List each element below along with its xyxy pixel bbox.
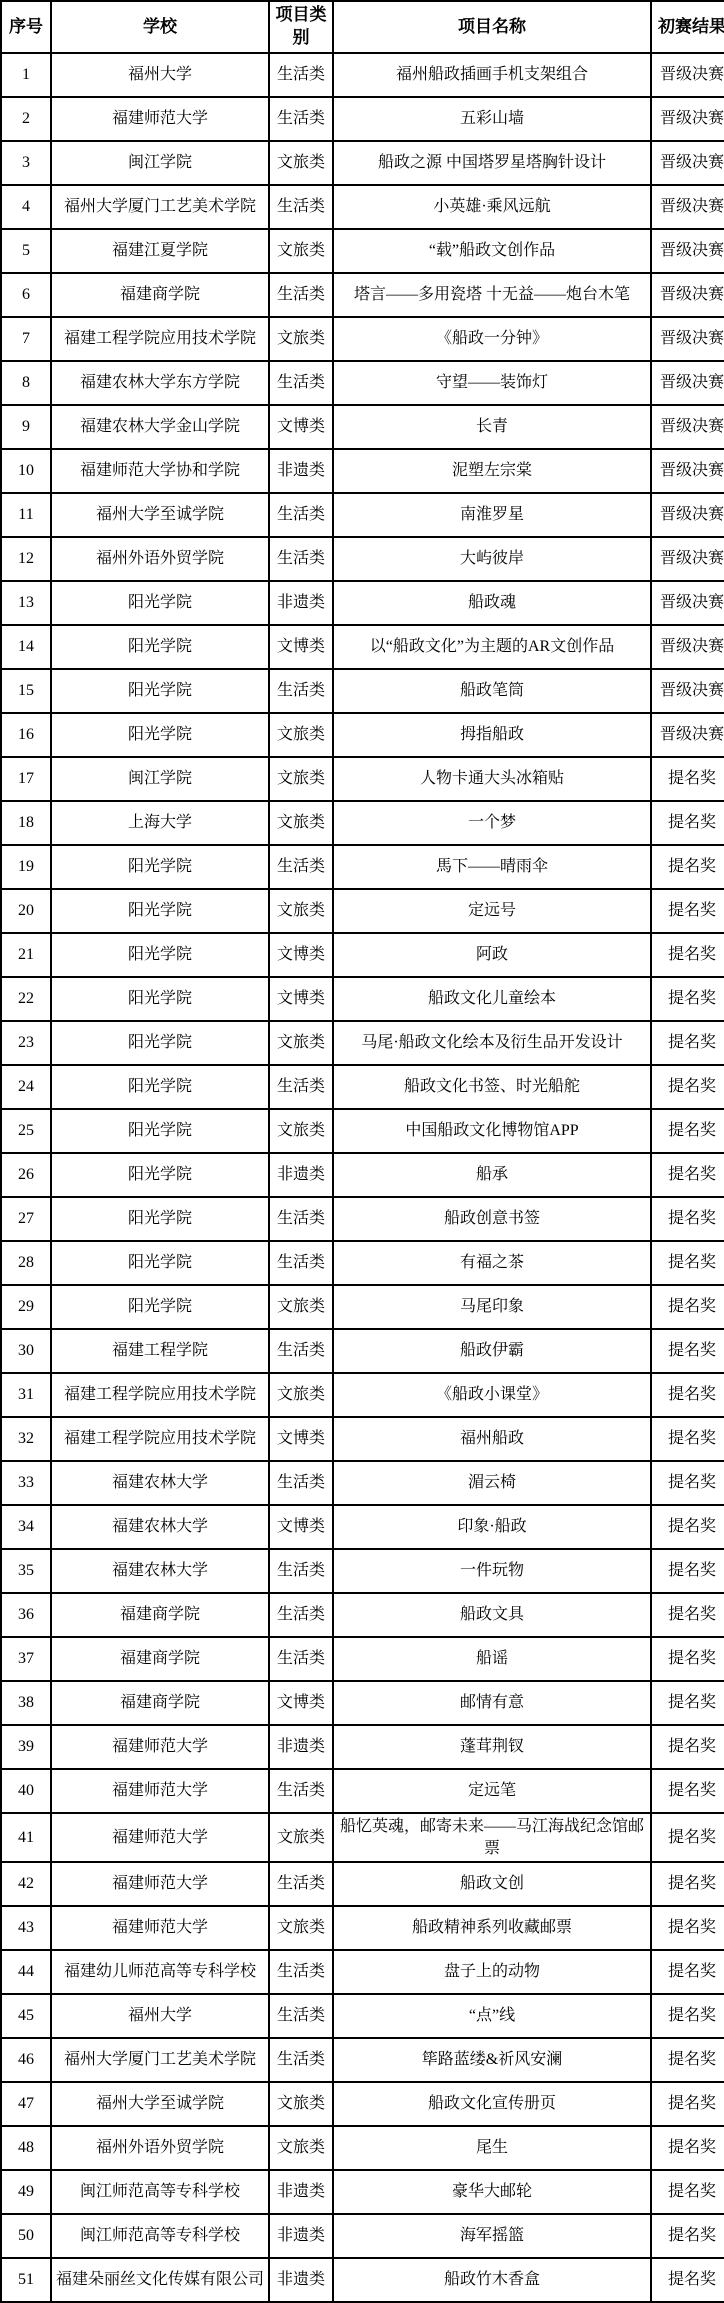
cell-result: 晋级决赛 — [651, 405, 724, 449]
cell-school: 福州大学至诚学院 — [51, 493, 269, 537]
cell-category: 生活类 — [269, 669, 333, 713]
table-row: 24阳光学院生活类船政文化书签、时光船舵提名奖 — [1, 1065, 724, 1109]
cell-result: 晋级决赛 — [651, 317, 724, 361]
cell-school: 福建师范大学 — [51, 1725, 269, 1769]
cell-result: 提名奖 — [651, 1417, 724, 1461]
cell-no: 50 — [1, 2214, 51, 2258]
cell-category: 文旅类 — [269, 713, 333, 757]
table-row: 3闽江学院文旅类船政之源 中国塔罗星塔胸针设计晋级决赛 — [1, 141, 724, 185]
cell-category: 文旅类 — [269, 1109, 333, 1153]
cell-project: 南淮罗星 — [333, 493, 651, 537]
cell-project: “载”船政文创作品 — [333, 229, 651, 273]
cell-project: 邮情有意 — [333, 1681, 651, 1725]
table-row: 22阳光学院文博类船政文化儿童绘本提名奖 — [1, 977, 724, 1021]
cell-category: 文博类 — [269, 625, 333, 669]
cell-no: 30 — [1, 1329, 51, 1373]
cell-project: 豪华大邮轮 — [333, 2170, 651, 2214]
cell-result: 晋级决赛 — [651, 713, 724, 757]
cell-result: 提名奖 — [651, 2038, 724, 2082]
cell-result: 提名奖 — [651, 2082, 724, 2126]
cell-no: 40 — [1, 1769, 51, 1813]
cell-result: 晋级决赛 — [651, 625, 724, 669]
cell-school: 阳光学院 — [51, 625, 269, 669]
cell-school: 福建幼儿师范高等专科学校 — [51, 1950, 269, 1994]
cell-category: 文旅类 — [269, 1813, 333, 1862]
cell-no: 8 — [1, 361, 51, 405]
cell-category: 文旅类 — [269, 317, 333, 361]
results-document: 序号 学校 项目类别 项目名称 初赛结果 1福州大学生活类福州船政插画手机支架组… — [0, 0, 724, 2303]
cell-project: 筚路蓝缕&祈风安澜 — [333, 2038, 651, 2082]
cell-category: 文旅类 — [269, 1906, 333, 1950]
column-header-project: 项目名称 — [333, 1, 651, 53]
cell-school: 阳光学院 — [51, 713, 269, 757]
table-row: 20阳光学院文旅类定远号提名奖 — [1, 889, 724, 933]
cell-project: 船政创意书签 — [333, 1197, 651, 1241]
table-row: 37福建商学院生活类船谣提名奖 — [1, 1637, 724, 1681]
cell-category: 文博类 — [269, 1505, 333, 1549]
cell-project: 福州船政 — [333, 1417, 651, 1461]
cell-category: 生活类 — [269, 273, 333, 317]
cell-result: 提名奖 — [651, 2170, 724, 2214]
cell-result: 提名奖 — [651, 1153, 724, 1197]
cell-result: 晋级决赛 — [651, 537, 724, 581]
cell-category: 文旅类 — [269, 1021, 333, 1065]
cell-school: 福建商学院 — [51, 1681, 269, 1725]
cell-no: 51 — [1, 2258, 51, 2302]
cell-school: 福建商学院 — [51, 1637, 269, 1681]
cell-project: 以“船政文化”为主题的AR文创作品 — [333, 625, 651, 669]
cell-no: 26 — [1, 1153, 51, 1197]
cell-result: 提名奖 — [651, 1725, 724, 1769]
cell-school: 福建工程学院应用技术学院 — [51, 1417, 269, 1461]
cell-category: 文旅类 — [269, 801, 333, 845]
cell-project: 船政魂 — [333, 581, 651, 625]
cell-school: 闽江师范高等专科学校 — [51, 2214, 269, 2258]
cell-category: 文旅类 — [269, 141, 333, 185]
cell-result: 提名奖 — [651, 1021, 724, 1065]
cell-result: 提名奖 — [651, 1549, 724, 1593]
cell-school: 阳光学院 — [51, 581, 269, 625]
cell-school: 福建江夏学院 — [51, 229, 269, 273]
cell-category: 生活类 — [269, 1065, 333, 1109]
cell-school: 福州大学 — [51, 1994, 269, 2038]
cell-result: 晋级决赛 — [651, 493, 724, 537]
cell-category: 非遗类 — [269, 2214, 333, 2258]
cell-category: 文旅类 — [269, 2082, 333, 2126]
table-row: 19阳光学院生活类馬下——晴雨伞提名奖 — [1, 845, 724, 889]
cell-project: 船谣 — [333, 1637, 651, 1681]
cell-result: 提名奖 — [651, 1813, 724, 1862]
cell-school: 阳光学院 — [51, 1153, 269, 1197]
cell-no: 4 — [1, 185, 51, 229]
cell-category: 生活类 — [269, 1769, 333, 1813]
table-row: 29阳光学院文旅类马尾印象提名奖 — [1, 1285, 724, 1329]
table-row: 39福建师范大学非遗类蓬茸荆钗提名奖 — [1, 1725, 724, 1769]
cell-project: 马尾印象 — [333, 1285, 651, 1329]
table-row: 11福州大学至诚学院生活类南淮罗星晋级决赛 — [1, 493, 724, 537]
cell-result: 提名奖 — [651, 1109, 724, 1153]
column-header-no: 序号 — [1, 1, 51, 53]
cell-category: 生活类 — [269, 1461, 333, 1505]
cell-no: 46 — [1, 2038, 51, 2082]
cell-project: 蓬茸荆钗 — [333, 1725, 651, 1769]
table-row: 12福州外语外贸学院生活类大屿彼岸晋级决赛 — [1, 537, 724, 581]
cell-no: 31 — [1, 1373, 51, 1417]
cell-result: 提名奖 — [651, 977, 724, 1021]
cell-no: 10 — [1, 449, 51, 493]
cell-school: 福州外语外贸学院 — [51, 2126, 269, 2170]
cell-school: 阳光学院 — [51, 1065, 269, 1109]
cell-no: 34 — [1, 1505, 51, 1549]
cell-category: 生活类 — [269, 97, 333, 141]
cell-school: 阳光学院 — [51, 1109, 269, 1153]
table-row: 36福建商学院生活类船政文具提名奖 — [1, 1593, 724, 1637]
cell-project: 大屿彼岸 — [333, 537, 651, 581]
table-row: 48福州外语外贸学院文旅类尾生提名奖 — [1, 2126, 724, 2170]
cell-no: 35 — [1, 1549, 51, 1593]
cell-no: 45 — [1, 1994, 51, 2038]
cell-result: 提名奖 — [651, 801, 724, 845]
table-row: 30福建工程学院生活类船政伊霸提名奖 — [1, 1329, 724, 1373]
cell-result: 提名奖 — [651, 1461, 724, 1505]
cell-school: 福建师范大学 — [51, 1906, 269, 1950]
table-row: 33福建农林大学生活类湄云椅提名奖 — [1, 1461, 724, 1505]
cell-no: 19 — [1, 845, 51, 889]
cell-result: 提名奖 — [651, 1065, 724, 1109]
table-row: 51福建朵丽丝文化传媒有限公司非遗类船政竹木香盒提名奖 — [1, 2258, 724, 2302]
table-row: 42福建师范大学生活类船政文创提名奖 — [1, 1862, 724, 1906]
cell-school: 福州外语外贸学院 — [51, 537, 269, 581]
cell-no: 9 — [1, 405, 51, 449]
table-row: 1福州大学生活类福州船政插画手机支架组合晋级决赛 — [1, 53, 724, 97]
cell-project: 船政文具 — [333, 1593, 651, 1637]
cell-no: 24 — [1, 1065, 51, 1109]
cell-no: 37 — [1, 1637, 51, 1681]
table-row: 50闽江师范高等专科学校非遗类海军摇篮提名奖 — [1, 2214, 724, 2258]
cell-project: 长青 — [333, 405, 651, 449]
cell-project: 中国船政文化博物馆APP — [333, 1109, 651, 1153]
cell-result: 提名奖 — [651, 1197, 724, 1241]
table-row: 14阳光学院文博类以“船政文化”为主题的AR文创作品晋级决赛 — [1, 625, 724, 669]
cell-category: 生活类 — [269, 1994, 333, 2038]
cell-category: 生活类 — [269, 1549, 333, 1593]
table-row: 9福建农林大学金山学院文博类长青晋级决赛 — [1, 405, 724, 449]
cell-no: 12 — [1, 537, 51, 581]
cell-project: 一件玩物 — [333, 1549, 651, 1593]
cell-project: 船承 — [333, 1153, 651, 1197]
table-row: 35福建农林大学生活类一件玩物提名奖 — [1, 1549, 724, 1593]
table-row: 4福州大学厦门工艺美术学院生活类小英雄·乘风远航晋级决赛 — [1, 185, 724, 229]
cell-no: 33 — [1, 1461, 51, 1505]
table-row: 15阳光学院生活类船政笔筒晋级决赛 — [1, 669, 724, 713]
cell-project: 五彩山墙 — [333, 97, 651, 141]
cell-project: 船政文化宣传册页 — [333, 2082, 651, 2126]
cell-project: 船政精神系列收藏邮票 — [333, 1906, 651, 1950]
cell-project: “点”线 — [333, 1994, 651, 2038]
cell-no: 29 — [1, 1285, 51, 1329]
cell-project: 船政之源 中国塔罗星塔胸针设计 — [333, 141, 651, 185]
cell-result: 提名奖 — [651, 1769, 724, 1813]
cell-result: 晋级决赛 — [651, 581, 724, 625]
cell-school: 福建商学院 — [51, 273, 269, 317]
cell-result: 晋级决赛 — [651, 53, 724, 97]
table-row: 49闽江师范高等专科学校非遗类豪华大邮轮提名奖 — [1, 2170, 724, 2214]
cell-school: 福州大学至诚学院 — [51, 2082, 269, 2126]
table-row: 21阳光学院文博类阿政提名奖 — [1, 933, 724, 977]
cell-result: 提名奖 — [651, 1950, 724, 1994]
cell-project: 湄云椅 — [333, 1461, 651, 1505]
preliminary-results-table: 序号 学校 项目类别 项目名称 初赛结果 1福州大学生活类福州船政插画手机支架组… — [0, 0, 724, 2303]
table-row: 47福州大学至诚学院文旅类船政文化宣传册页提名奖 — [1, 2082, 724, 2126]
cell-no: 20 — [1, 889, 51, 933]
table-row: 45福州大学生活类“点”线提名奖 — [1, 1994, 724, 2038]
cell-result: 晋级决赛 — [651, 669, 724, 713]
table-row: 23阳光学院文旅类马尾·船政文化绘本及衍生品开发设计提名奖 — [1, 1021, 724, 1065]
cell-category: 生活类 — [269, 537, 333, 581]
cell-category: 生活类 — [269, 1950, 333, 1994]
cell-school: 闽江师范高等专科学校 — [51, 2170, 269, 2214]
cell-school: 福建工程学院应用技术学院 — [51, 1373, 269, 1417]
cell-result: 提名奖 — [651, 757, 724, 801]
cell-project: 拇指船政 — [333, 713, 651, 757]
cell-school: 阳光学院 — [51, 1241, 269, 1285]
cell-result: 晋级决赛 — [651, 97, 724, 141]
cell-project: 船政竹木香盒 — [333, 2258, 651, 2302]
cell-school: 阳光学院 — [51, 889, 269, 933]
cell-school: 福建工程学院 — [51, 1329, 269, 1373]
table-row: 34福建农林大学文博类印象·船政提名奖 — [1, 1505, 724, 1549]
cell-result: 晋级决赛 — [651, 141, 724, 185]
cell-school: 阳光学院 — [51, 933, 269, 977]
cell-school: 福建师范大学 — [51, 1862, 269, 1906]
cell-result: 提名奖 — [651, 1373, 724, 1417]
cell-project: 马尾·船政文化绘本及衍生品开发设计 — [333, 1021, 651, 1065]
cell-no: 47 — [1, 2082, 51, 2126]
cell-result: 提名奖 — [651, 2258, 724, 2302]
cell-school: 阳光学院 — [51, 1021, 269, 1065]
cell-result: 提名奖 — [651, 2214, 724, 2258]
table-row: 2福建师范大学生活类五彩山墙晋级决赛 — [1, 97, 724, 141]
cell-project: 船忆英魂，邮寄未来——马江海战纪念馆邮票 — [333, 1813, 651, 1862]
cell-project: 阿政 — [333, 933, 651, 977]
cell-category: 文旅类 — [269, 757, 333, 801]
cell-no: 18 — [1, 801, 51, 845]
cell-school: 阳光学院 — [51, 845, 269, 889]
cell-project: 《船政小课堂》 — [333, 1373, 651, 1417]
cell-no: 49 — [1, 2170, 51, 2214]
cell-category: 生活类 — [269, 1637, 333, 1681]
cell-no: 2 — [1, 97, 51, 141]
cell-project: 一个梦 — [333, 801, 651, 845]
table-row: 26阳光学院非遗类船承提名奖 — [1, 1153, 724, 1197]
cell-category: 生活类 — [269, 845, 333, 889]
cell-school: 福建师范大学 — [51, 1813, 269, 1862]
cell-school: 闽江学院 — [51, 757, 269, 801]
table-row: 32福建工程学院应用技术学院文博类福州船政提名奖 — [1, 1417, 724, 1461]
cell-category: 文博类 — [269, 977, 333, 1021]
table-row: 18上海大学文旅类一个梦提名奖 — [1, 801, 724, 845]
cell-category: 生活类 — [269, 1329, 333, 1373]
cell-result: 提名奖 — [651, 1637, 724, 1681]
cell-school: 阳光学院 — [51, 977, 269, 1021]
cell-project: 馬下——晴雨伞 — [333, 845, 651, 889]
cell-no: 38 — [1, 1681, 51, 1725]
cell-category: 生活类 — [269, 2038, 333, 2082]
cell-result: 提名奖 — [651, 1862, 724, 1906]
cell-category: 文博类 — [269, 405, 333, 449]
cell-school: 福州大学 — [51, 53, 269, 97]
table-row: 17闽江学院文旅类人物卡通大头冰箱贴提名奖 — [1, 757, 724, 801]
cell-school: 福建农林大学金山学院 — [51, 405, 269, 449]
cell-category: 生活类 — [269, 1593, 333, 1637]
table-body: 1福州大学生活类福州船政插画手机支架组合晋级决赛2福建师范大学生活类五彩山墙晋级… — [1, 53, 724, 2302]
cell-no: 22 — [1, 977, 51, 1021]
cell-no: 48 — [1, 2126, 51, 2170]
cell-project: 人物卡通大头冰箱贴 — [333, 757, 651, 801]
cell-project: 《船政一分钟》 — [333, 317, 651, 361]
cell-no: 39 — [1, 1725, 51, 1769]
cell-category: 文旅类 — [269, 2126, 333, 2170]
cell-project: 印象·船政 — [333, 1505, 651, 1549]
cell-category: 非遗类 — [269, 2170, 333, 2214]
cell-result: 提名奖 — [651, 933, 724, 977]
cell-no: 32 — [1, 1417, 51, 1461]
table-row: 6福建商学院生活类塔言——多用瓷塔 十无益——炮台木笔晋级决赛 — [1, 273, 724, 317]
cell-result: 晋级决赛 — [651, 229, 724, 273]
cell-project: 福州船政插画手机支架组合 — [333, 53, 651, 97]
table-row: 31福建工程学院应用技术学院文旅类《船政小课堂》提名奖 — [1, 1373, 724, 1417]
cell-school: 福建商学院 — [51, 1593, 269, 1637]
cell-no: 3 — [1, 141, 51, 185]
table-row: 40福建师范大学生活类定远笔提名奖 — [1, 1769, 724, 1813]
cell-category: 非遗类 — [269, 449, 333, 493]
cell-project: 船政笔筒 — [333, 669, 651, 713]
cell-no: 1 — [1, 53, 51, 97]
cell-result: 提名奖 — [651, 845, 724, 889]
cell-no: 41 — [1, 1813, 51, 1862]
cell-no: 6 — [1, 273, 51, 317]
cell-result: 提名奖 — [651, 2126, 724, 2170]
cell-category: 非遗类 — [269, 1725, 333, 1769]
cell-project: 盘子上的动物 — [333, 1950, 651, 1994]
cell-category: 非遗类 — [269, 581, 333, 625]
cell-project: 泥塑左宗棠 — [333, 449, 651, 493]
table-row: 10福建师范大学协和学院非遗类泥塑左宗棠晋级决赛 — [1, 449, 724, 493]
cell-result: 晋级决赛 — [651, 361, 724, 405]
cell-category: 生活类 — [269, 1197, 333, 1241]
table-header-row: 序号 学校 项目类别 项目名称 初赛结果 — [1, 1, 724, 53]
table-row: 38福建商学院文博类邮情有意提名奖 — [1, 1681, 724, 1725]
column-header-school: 学校 — [51, 1, 269, 53]
table-row: 43福建师范大学文旅类船政精神系列收藏邮票提名奖 — [1, 1906, 724, 1950]
cell-category: 文旅类 — [269, 1285, 333, 1329]
cell-category: 生活类 — [269, 53, 333, 97]
table-row: 16阳光学院文旅类拇指船政晋级决赛 — [1, 713, 724, 757]
cell-no: 17 — [1, 757, 51, 801]
cell-category: 生活类 — [269, 493, 333, 537]
cell-school: 阳光学院 — [51, 1285, 269, 1329]
column-header-category: 项目类别 — [269, 1, 333, 53]
cell-school: 福建农林大学东方学院 — [51, 361, 269, 405]
cell-category: 生活类 — [269, 1241, 333, 1285]
cell-project: 海军摇篮 — [333, 2214, 651, 2258]
cell-project: 塔言——多用瓷塔 十无益——炮台木笔 — [333, 273, 651, 317]
cell-school: 阳光学院 — [51, 669, 269, 713]
cell-category: 生活类 — [269, 185, 333, 229]
cell-result: 提名奖 — [651, 1906, 724, 1950]
table-row: 46福州大学厦门工艺美术学院生活类筚路蓝缕&祈风安澜提名奖 — [1, 2038, 724, 2082]
cell-category: 文博类 — [269, 933, 333, 977]
cell-project: 有福之茶 — [333, 1241, 651, 1285]
table-row: 7福建工程学院应用技术学院文旅类《船政一分钟》晋级决赛 — [1, 317, 724, 361]
cell-no: 7 — [1, 317, 51, 361]
cell-no: 16 — [1, 713, 51, 757]
cell-result: 提名奖 — [651, 1505, 724, 1549]
table-header: 序号 学校 项目类别 项目名称 初赛结果 — [1, 1, 724, 53]
column-header-result: 初赛结果 — [651, 1, 724, 53]
cell-category: 文旅类 — [269, 889, 333, 933]
cell-result: 晋级决赛 — [651, 185, 724, 229]
cell-school: 福建农林大学 — [51, 1461, 269, 1505]
cell-school: 福州大学厦门工艺美术学院 — [51, 185, 269, 229]
cell-school: 福建农林大学 — [51, 1549, 269, 1593]
cell-project: 尾生 — [333, 2126, 651, 2170]
cell-school: 上海大学 — [51, 801, 269, 845]
cell-no: 15 — [1, 669, 51, 713]
cell-no: 25 — [1, 1109, 51, 1153]
cell-category: 非遗类 — [269, 2258, 333, 2302]
cell-result: 提名奖 — [651, 1994, 724, 2038]
table-row: 44福建幼儿师范高等专科学校生活类盘子上的动物提名奖 — [1, 1950, 724, 1994]
cell-no: 43 — [1, 1906, 51, 1950]
cell-project: 定远笔 — [333, 1769, 651, 1813]
cell-school: 福建师范大学 — [51, 1769, 269, 1813]
cell-school: 福建朵丽丝文化传媒有限公司 — [51, 2258, 269, 2302]
cell-no: 36 — [1, 1593, 51, 1637]
cell-no: 21 — [1, 933, 51, 977]
cell-no: 28 — [1, 1241, 51, 1285]
cell-result: 提名奖 — [651, 1681, 724, 1725]
cell-school: 福建农林大学 — [51, 1505, 269, 1549]
table-row: 41福建师范大学文旅类船忆英魂，邮寄未来——马江海战纪念馆邮票提名奖 — [1, 1813, 724, 1862]
cell-category: 生活类 — [269, 1862, 333, 1906]
cell-project: 小英雄·乘风远航 — [333, 185, 651, 229]
cell-result: 提名奖 — [651, 1329, 724, 1373]
cell-no: 11 — [1, 493, 51, 537]
cell-no: 42 — [1, 1862, 51, 1906]
table-row: 13阳光学院非遗类船政魂晋级决赛 — [1, 581, 724, 625]
cell-result: 晋级决赛 — [651, 449, 724, 493]
table-row: 8福建农林大学东方学院生活类守望——装饰灯晋级决赛 — [1, 361, 724, 405]
cell-project: 船政伊霸 — [333, 1329, 651, 1373]
cell-result: 提名奖 — [651, 1285, 724, 1329]
cell-category: 文旅类 — [269, 1373, 333, 1417]
table-row: 27阳光学院生活类船政创意书签提名奖 — [1, 1197, 724, 1241]
cell-no: 27 — [1, 1197, 51, 1241]
cell-school: 福建师范大学协和学院 — [51, 449, 269, 493]
cell-no: 13 — [1, 581, 51, 625]
cell-result: 提名奖 — [651, 1241, 724, 1285]
cell-project: 船政文创 — [333, 1862, 651, 1906]
table-row: 28阳光学院生活类有福之茶提名奖 — [1, 1241, 724, 1285]
cell-no: 44 — [1, 1950, 51, 1994]
cell-category: 文旅类 — [269, 229, 333, 273]
cell-category: 文博类 — [269, 1417, 333, 1461]
cell-category: 生活类 — [269, 361, 333, 405]
cell-project: 船政文化书签、时光船舵 — [333, 1065, 651, 1109]
cell-project: 船政文化儿童绘本 — [333, 977, 651, 1021]
table-row: 25阳光学院文旅类中国船政文化博物馆APP提名奖 — [1, 1109, 724, 1153]
